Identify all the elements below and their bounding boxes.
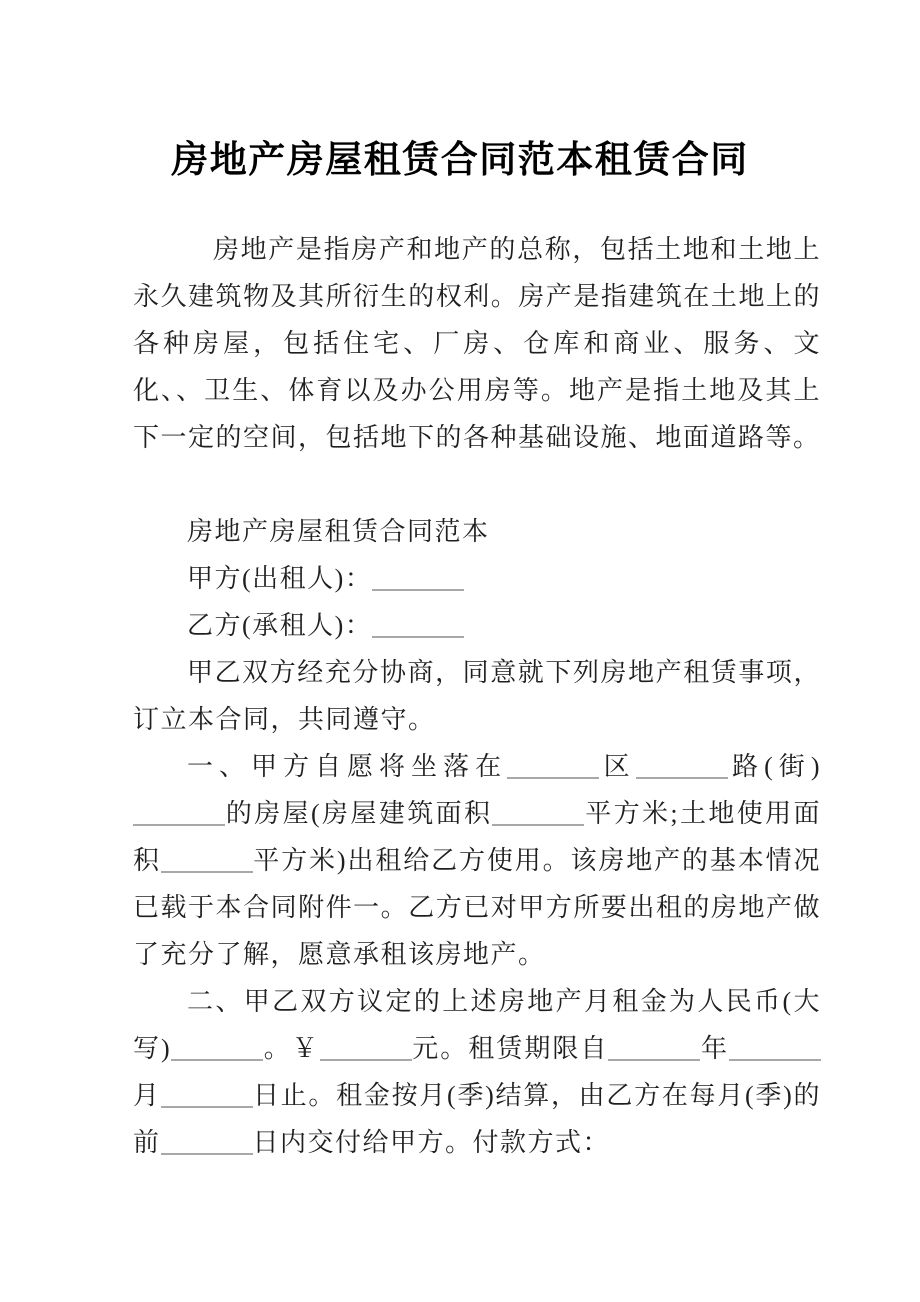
clause-1-paragraph: 一、甲方自愿将坐落在区路(街)的房屋(房屋建筑面积平方米;土地使用面积平方米)出… [133,743,821,978]
text-run: 的房屋(房屋建筑面积 [225,799,492,828]
subtitle-line: 房地产房屋租赁合同范本 [133,508,821,555]
fill-in-blank [133,798,225,826]
agreement-paragraph: 甲乙双方经充分协商，同意就下列房地产租赁事项，订立本合同，共同遵守。 [133,649,821,743]
text-run: 元。租赁期限自 [412,1034,609,1063]
blank-line [133,461,821,508]
fill-in-blank [492,798,584,826]
text-run: 乙方(承租人)： [187,611,372,640]
text-run: 一、甲方自愿将坐落在 [187,752,507,781]
fill-in-blank [372,563,464,591]
document-body: 房地产是指房产和地产的总称，包括土地和土地上永久建筑物及其所衍生的权利。房产是指… [133,226,821,1166]
text-run: 甲方(出租人)： [187,564,372,593]
fill-in-blank [372,610,464,638]
intro-paragraph: 房地产是指房产和地产的总称，包括土地和土地上永久建筑物及其所衍生的权利。房产是指… [133,226,821,461]
clause-2-paragraph: 二、甲乙双方议定的上述房地产月租金为人民币(大写)。￥元。租赁期限自年月日止。租… [133,978,821,1166]
fill-in-blank [161,1080,253,1108]
text-run: 房地产是指房产和地产的总称，包括土地和土地上永久建筑物及其所衍生的权利。房产是指… [133,235,821,452]
fill-in-blank [320,1033,412,1061]
fill-in-blank [729,1033,821,1061]
text-run: 路(街) [728,752,821,781]
fill-in-blank [161,845,253,873]
fill-in-blank [507,751,599,779]
document-title: 房地产房屋租赁合同范本租赁合同 [0,0,920,184]
text-run: 年 [700,1034,729,1063]
party-a-line: 甲方(出租人)： [133,555,821,602]
fill-in-blank [608,1033,700,1061]
text-run: 。￥ [263,1034,320,1063]
text-run: 日内交付给甲方。付款方式： [253,1128,611,1157]
text-run: 房地产房屋租赁合同范本 [187,517,490,546]
text-run: 甲乙双方经充分协商，同意就下列房地产租赁事项，订立本合同，共同遵守。 [133,658,821,734]
text-run: 月 [133,1081,161,1110]
party-b-line: 乙方(承租人)： [133,602,821,649]
fill-in-blank [171,1033,263,1061]
text-run: 区 [599,752,636,781]
fill-in-blank [636,751,728,779]
document-page: 房地产房屋租赁合同范本租赁合同 房地产是指房产和地产的总称，包括土地和土地上永久… [0,0,920,1302]
fill-in-blank [161,1127,253,1155]
